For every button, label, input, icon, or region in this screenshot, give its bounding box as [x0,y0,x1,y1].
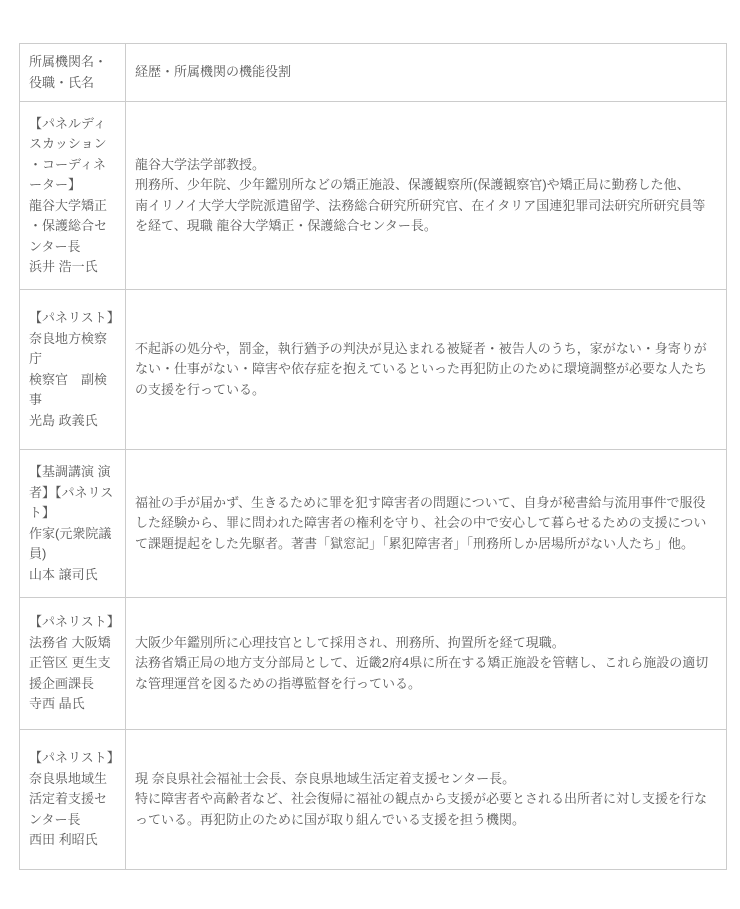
speaker-description-cell: 龍谷大学法学部教授。 刑務所、少年院、少年鑑別所などの矯正施設、保護観察所(保護… [126,102,727,290]
speaker-name-cell: 【基調講演 演者】【パネリスト】 作家(元衆院議員) 山本 譲司氏 [20,450,126,598]
page: 所属機関名・役職・氏名 経歴・所属機関の機能役割 【パネルディスカッション・コー… [0,0,740,909]
table-header-row: 所属機関名・役職・氏名 経歴・所属機関の機能役割 [20,44,727,102]
header-career-function-role: 経歴・所属機関の機能役割 [126,44,727,102]
table-row: 【パネリスト】 法務省 大阪矯正管区 更生支援企画課長 寺西 晶氏 大阪少年鑑別… [20,598,727,730]
speakers-table: 所属機関名・役職・氏名 経歴・所属機関の機能役割 【パネルディスカッション・コー… [19,43,727,870]
speaker-name-cell: 【パネリスト】 奈良県地域生活定着支援センター長 西田 利昭氏 [20,730,126,870]
speaker-description-cell: 福祉の手が届かず、生きるために罪を犯す障害者の問題について、自身が秘書給与流用事… [126,450,727,598]
speaker-description-cell: 大阪少年鑑別所に心理技官として採用され、刑務所、拘置所を経て現職。 法務省矯正局… [126,598,727,730]
table-row: 【基調講演 演者】【パネリスト】 作家(元衆院議員) 山本 譲司氏 福祉の手が届… [20,450,727,598]
speaker-description-cell: 不起訴の処分や，罰金，執行猶予の判決が見込まれる被疑者・被告人のうち，家がない・… [126,290,727,450]
speaker-name-cell: 【パネルディスカッション・コーディネーター】 龍谷大学矯正・保護総合センター長 … [20,102,126,290]
table-row: 【パネルディスカッション・コーディネーター】 龍谷大学矯正・保護総合センター長 … [20,102,727,290]
table-row: 【パネリスト】 奈良県地域生活定着支援センター長 西田 利昭氏 現 奈良県社会福… [20,730,727,870]
speaker-name-cell: 【パネリスト】 法務省 大阪矯正管区 更生支援企画課長 寺西 晶氏 [20,598,126,730]
table-row: 【パネリスト】 奈良地方検察庁 検察官 副検事 光島 政義氏 不起訴の処分や，罰… [20,290,727,450]
speaker-name-cell: 【パネリスト】 奈良地方検察庁 検察官 副検事 光島 政義氏 [20,290,126,450]
speaker-description-cell: 現 奈良県社会福祉士会長、奈良県地域生活定着支援センター長。 特に障害者や高齢者… [126,730,727,870]
header-affiliation-position-name: 所属機関名・役職・氏名 [20,44,126,102]
